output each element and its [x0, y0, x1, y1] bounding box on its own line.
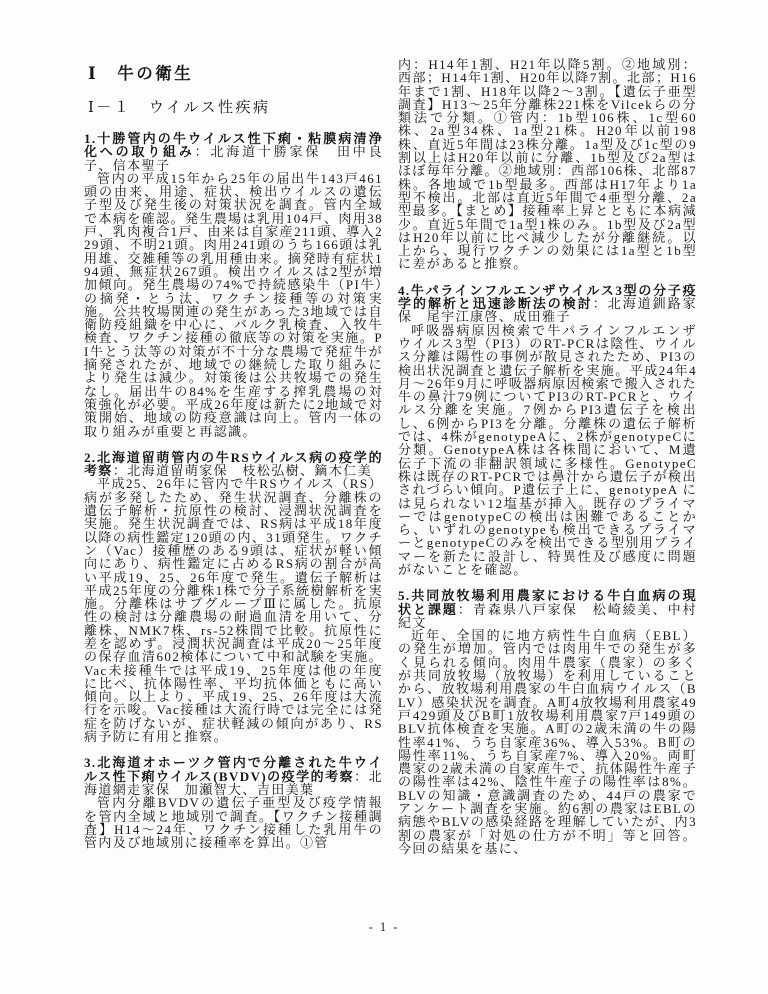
- abstract-3-title: 3.北海道オホーツク管内で分離された牛ウイルス性下痢ウイルス(BVDV)の疫学的…: [84, 755, 383, 783]
- abstract-5-heading: 5.共同放牧場利用農家における牛白血病の現状と課題：青森県八戸家保 松崎綾美、中…: [398, 589, 697, 629]
- abstract-2-heading: 2.北海道留萌管内の牛RSウイルス病の疫学的考察：北海道留萌家保 枝松弘樹、鏑木…: [84, 451, 383, 478]
- abstract-1-heading: 1.十勝管内の牛ウイルス性下痢・粘膜病清浄化への取り組み：北海道十勝家保 田中良…: [84, 132, 383, 172]
- chapter-heading: Ⅰ 牛の衛生: [88, 64, 383, 83]
- abstract-3-body-right: 内：H14年1割、H21年以降5割。②地域別：西部；H14年1割、H20年以降7…: [398, 58, 697, 271]
- abstract-4-body: 呼吸器病原因検索で牛パラインフルエンザウイルス3型（PI3）のRT-PCRは陰性…: [398, 324, 697, 577]
- abstract-2-body: 平成25、26年に管内で牛RSウイルス（RS）病が多発したため、発生状況調査、分…: [84, 477, 383, 743]
- abstract-3-heading: 3.北海道オホーツク管内で分離された牛ウイルス性下痢ウイルス(BVDV)の疫学的…: [84, 756, 383, 796]
- column-left: Ⅰ 牛の衛生 Ⅰ－１ ウイルス性疾病 1.十勝管内の牛ウイルス性下痢・粘膜病清浄…: [84, 58, 383, 849]
- abstract-1-body: 管内の平成15年から25年の届出牛143戸461頭の由来、用途、症状、検出ウイル…: [84, 172, 383, 438]
- abstract-4-heading: 4.牛パラインフルエンザウイルス3型の分子疫学的解析と迅速診断法の検討：北海道釧…: [398, 284, 697, 324]
- abstract-5-body: 近年、全国的に地方病性牛白血病（EBL）の発生が増加。管内では肉用牛での発生が多…: [398, 629, 697, 855]
- abstract-3-body-left: 管内分離BVDVの遺伝子亜型及び疫学情報を管内全域と地域別で調査。【ワクチン接種…: [84, 796, 383, 849]
- proceedings-page: Ⅰ 牛の衛生 Ⅰ－１ ウイルス性疾病 1.十勝管内の牛ウイルス性下痢・粘膜病清浄…: [0, 0, 768, 994]
- section-heading: Ⅰ－１ ウイルス性疾病: [88, 100, 383, 117]
- page-number: - 1 -: [0, 920, 768, 935]
- column-right: 内：H14年1割、H21年以降5割。②地域別：西部；H14年1割、H20年以降7…: [398, 58, 697, 855]
